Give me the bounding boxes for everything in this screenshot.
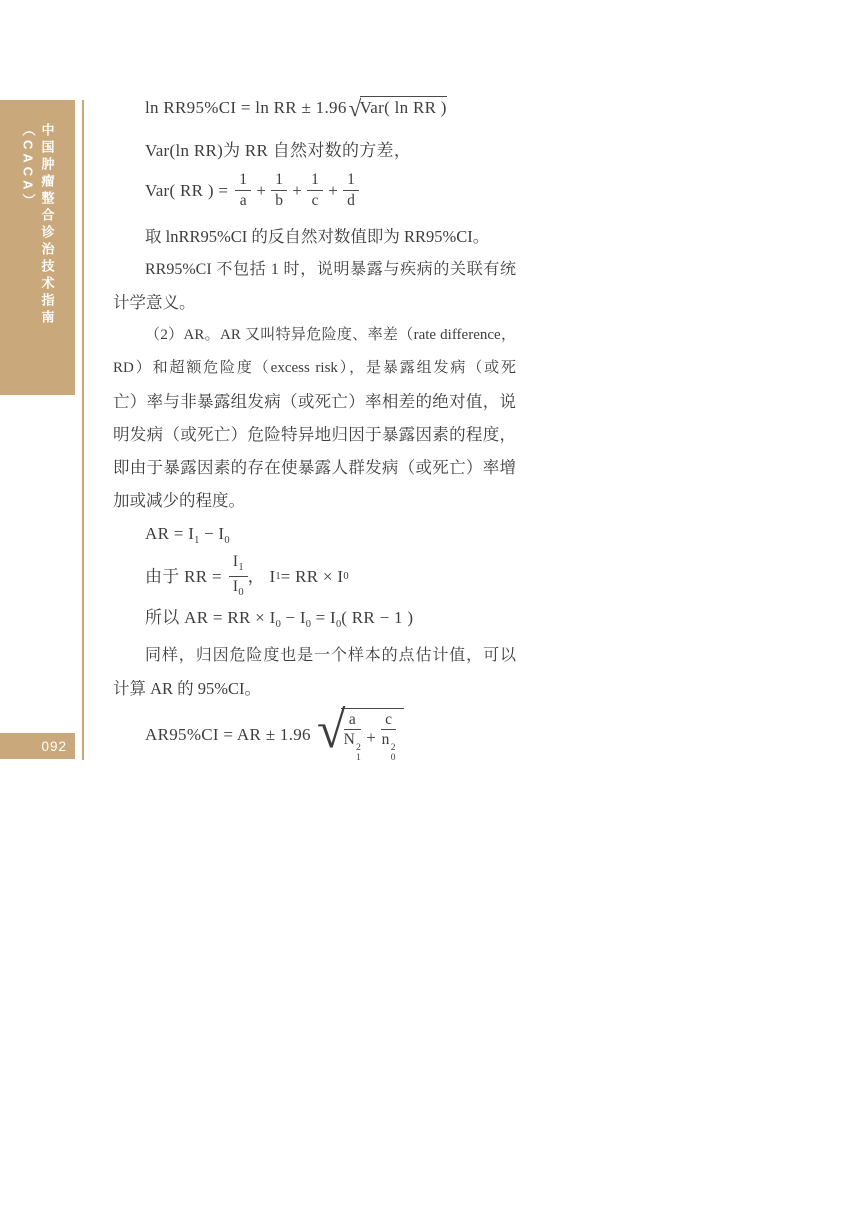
fraction: 1c: [307, 171, 323, 210]
plus-sign: +: [292, 181, 302, 200]
body-line: 明发病（或死亡）危险特异地归因于暴露因素的程度，: [113, 425, 516, 444]
formula-ar-derived: 所以 AR = RR × I0 − I0 = I0( RR − 1 ): [145, 608, 516, 634]
formula-text: − I: [199, 524, 224, 543]
formula-text: AR = I: [145, 524, 194, 543]
subscript: 0: [343, 567, 348, 586]
formula-text: ， I: [248, 567, 276, 586]
subscript: 0: [238, 587, 243, 598]
fraction: I1 I0: [229, 553, 248, 598]
formula-text: ( RR − 1 ): [341, 608, 413, 627]
book-title-vertical: 中国肿瘤整合诊治技术指南（CACA）: [19, 100, 57, 395]
formula-text: ln RR95%CI = ln RR ± 1.96: [145, 98, 347, 117]
sidebar-spine: 中国肿瘤整合诊治技术指南（CACA）: [0, 100, 75, 395]
fraction: c n20: [381, 711, 396, 764]
formula-text: 所以 AR = RR × I: [145, 608, 276, 627]
body-line: 计学意义。: [113, 293, 516, 312]
plus-sign: +: [328, 181, 338, 200]
fraction: 1d: [343, 171, 359, 210]
body-line: （2）AR。AR 又叫特异危险度、率差（rate difference，: [145, 326, 516, 345]
formula-text: = RR × I: [281, 567, 344, 586]
body-line: RR95%CI 不包括 1 时，说明暴露与疾病的关联有统: [145, 260, 516, 279]
formula-ar: AR = I1 − I0: [145, 524, 516, 550]
fraction: 1a: [235, 171, 251, 210]
plus-sign: +: [366, 728, 376, 747]
fraction: 1b: [271, 171, 287, 210]
page-number: 092: [41, 739, 67, 754]
sub-sup-stack: 20: [391, 744, 396, 763]
body-line: 加或减少的程度。: [113, 491, 516, 510]
body-line: RD）和超额危险度（excess risk），是暴露组发病（或死: [113, 359, 516, 378]
fraction: a N21: [344, 711, 362, 764]
formula-rr-ratio: 由于 RR = I1 I0 ， I1 = RR × I0: [145, 553, 516, 599]
sqrt-sign: √: [317, 707, 346, 755]
plus-sign: +: [256, 181, 266, 200]
formula-text: AR95%CI = AR ± 1.96: [145, 725, 311, 744]
page-number-badge: 092: [0, 733, 75, 759]
radicand: Var( ln RR ): [360, 96, 447, 117]
subscript: 1: [238, 562, 243, 573]
body-line: 同样，归因危险度也是一个样本的点估计值，可以: [145, 646, 516, 665]
formula-var-rr: Var( RR ) = 1a + 1b + 1c + 1d: [145, 170, 516, 210]
sub-sup-stack: 21: [356, 744, 361, 763]
body-line: 取 lnRR95%CI 的反自然对数值即为 RR95%CI。: [145, 227, 516, 246]
document-page: 中国肿瘤整合诊治技术指南（CACA） 092 ln RR95%CI = ln R…: [0, 0, 867, 1218]
body-line: 即由于暴露因素的存在使暴露人群发病（或死亡）率增: [113, 458, 516, 477]
formula-ln-rr95ci: ln RR95%CI = ln RR ± 1.96√Var( ln RR ): [145, 98, 516, 118]
formula-ar95ci: AR95%CI = AR ± 1.96 √ a N21 + c n20: [145, 706, 516, 762]
formula-text: Var( RR ) =: [145, 181, 228, 200]
page-content: ln RR95%CI = ln RR ± 1.96√Var( ln RR ) V…: [113, 0, 516, 1218]
formula-text: − I: [281, 608, 306, 627]
formula-text: 由于 RR =: [145, 567, 222, 586]
vertical-divider: [82, 100, 84, 760]
body-line: 亡）率与非暴露组发病（或死亡）率相差的绝对值，说: [113, 392, 516, 411]
radical: √ a N21 + c n20: [317, 708, 404, 760]
subscript: 0: [224, 535, 229, 546]
formula-text: = I: [311, 608, 336, 627]
body-line: 计算 AR 的 95%CI。: [113, 679, 516, 698]
var-lnrr-note: Var(ln RR)为 RR 自然对数的方差，: [145, 141, 516, 160]
